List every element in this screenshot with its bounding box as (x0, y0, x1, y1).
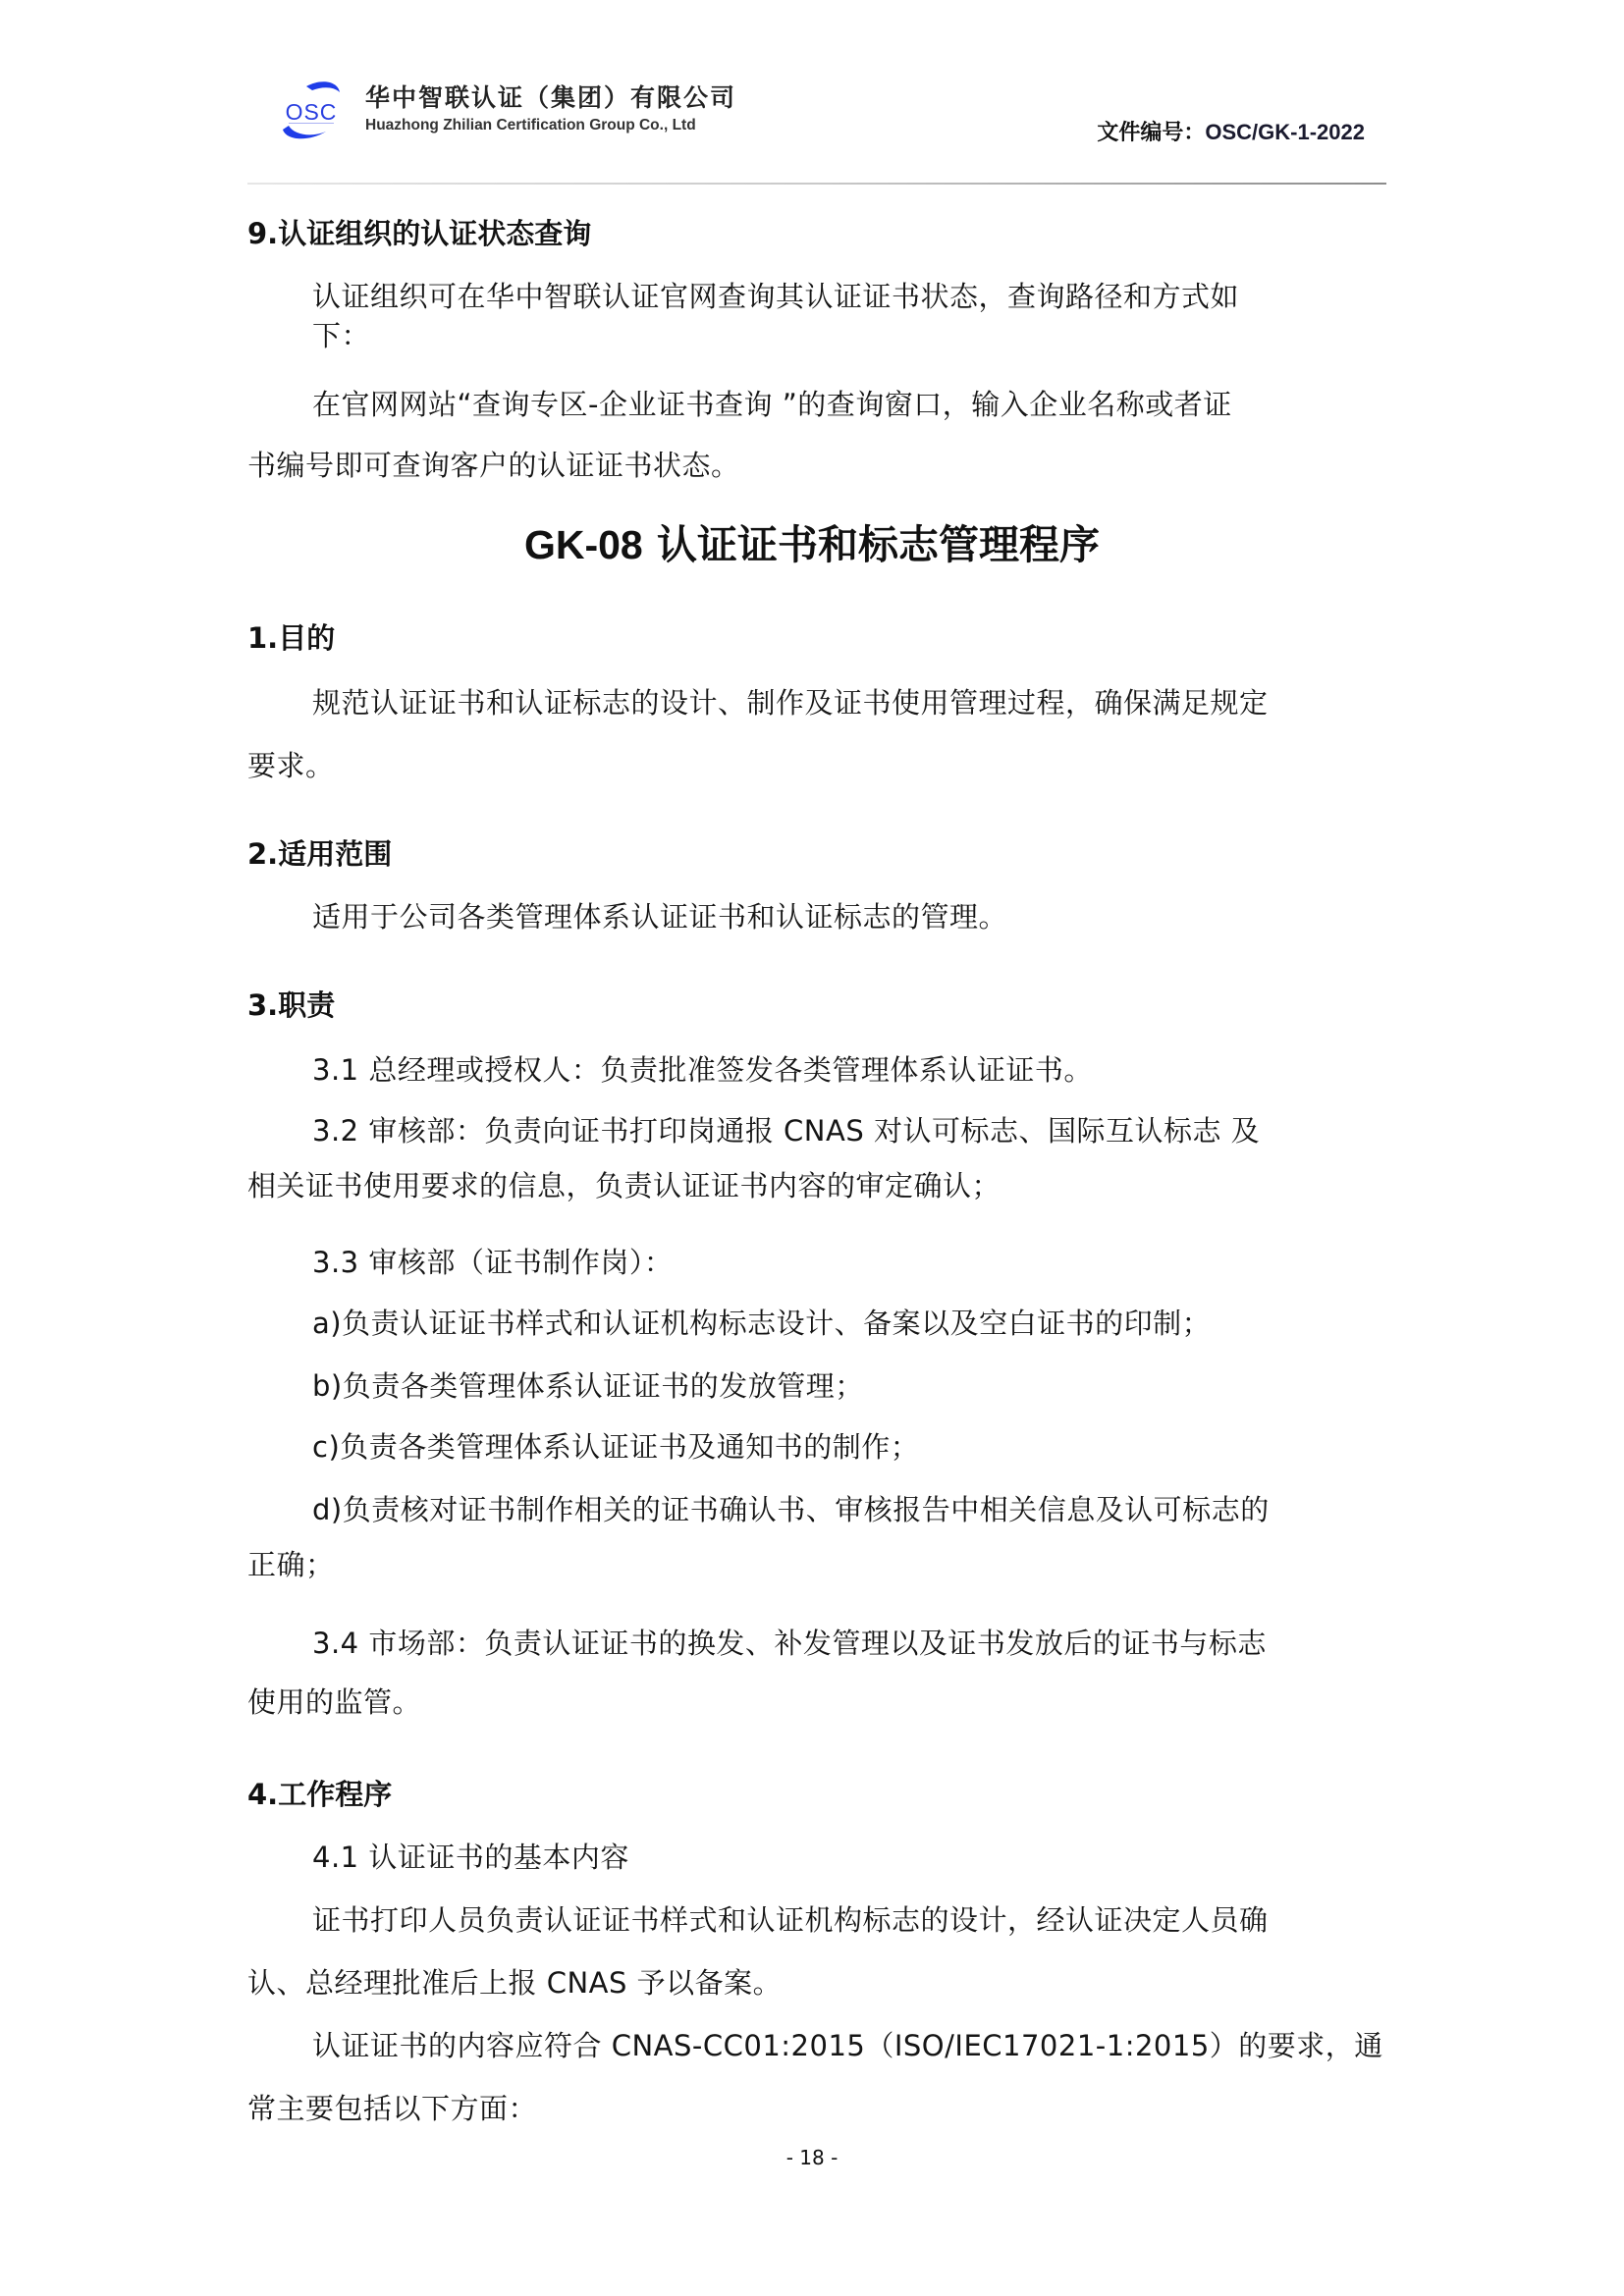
list-item: 正确； (247, 1543, 335, 1583)
osc-logo-icon: OSC (277, 77, 348, 147)
document-number-value: OSC/GK-1-2022 (1205, 120, 1365, 144)
header-divider (247, 183, 1386, 185)
section-heading: 4.工作程序 (247, 1773, 392, 1813)
document-number-label: 文件编号： (1097, 121, 1205, 145)
paragraph-line: 认证证书的内容应符合 CNAS-CC01:2015（ISO/IEC17021-1… (312, 2024, 1383, 2064)
paragraph-line: 在官网网站“查询专区-企业证书查询 ”的查询窗口，输入企业名称或者证 (312, 383, 1232, 423)
list-item: b)负责各类管理体系认证证书的发放管理； (312, 1364, 864, 1405)
list-item: 3.3 审核部（证书制作岗）： (312, 1241, 673, 1281)
section-heading: 3.职责 (247, 984, 335, 1024)
company-name-cn: 华中智联认证（集团）有限公司 (365, 79, 736, 114)
list-item: c)负责各类管理体系认证证书及通知书的制作； (312, 1425, 919, 1466)
list-item: 使用的监管。 (247, 1681, 421, 1721)
paragraph-line: 下： (312, 314, 370, 354)
procedure-title-text: 认证证书和标志管理程序 (657, 521, 1100, 568)
list-item: 3.2 审核部：负责向证书打印岗通报 CNAS 对认可标志、国际互认标志 及 (312, 1109, 1260, 1149)
list-item: d)负责核对证书制作相关的证书确认书、审核报告中相关信息及认可标志的 (312, 1488, 1270, 1528)
list-item: 3.1 总经理或授权人：负责批准签发各类管理体系认证证书。 (312, 1048, 1093, 1089)
paragraph-line: 认、总经理批准后上报 CNAS 予以备案。 (247, 1961, 782, 2002)
paragraph-line: 书编号即可查询客户的认证证书状态。 (247, 444, 740, 484)
paragraph-line: 规范认证证书和认证标志的设计、制作及证书使用管理过程，确保满足规定 (312, 681, 1269, 721)
page-number: - 18 - (0, 2146, 1624, 2169)
document-number: 文件编号：OSC/GK-1-2022 (1097, 116, 1365, 146)
paragraph-line: 常主要包括以下方面： (247, 2087, 537, 2127)
section-heading: 1.目的 (247, 616, 335, 657)
svg-text:OSC: OSC (286, 99, 338, 125)
subsection-heading: 4.1 认证证书的基本内容 (312, 1836, 629, 1876)
procedure-code: GK-08 (524, 522, 643, 567)
section-heading: 9.认证组织的认证状态查询 (247, 212, 591, 252)
company-name-en: Huazhong Zhilian Certification Group Co.… (365, 117, 696, 134)
paragraph-line: 认证组织可在华中智联认证官网查询其认证证书状态，查询路径和方式如 (312, 275, 1239, 315)
list-item: 3.4 市场部：负责认证证书的换发、补发管理以及证书发放后的证书与标志 (312, 1622, 1267, 1662)
section-heading: 2.适用范围 (247, 832, 392, 873)
procedure-title: GK-08 认证证书和标志管理程序 (0, 512, 1624, 570)
list-item: a)负责认证证书样式和认证机构标志设计、备案以及空白证书的印制； (312, 1302, 1211, 1342)
paragraph-line: 证书打印人员负责认证证书样式和认证机构标志的设计，经认证决定人员确 (312, 1898, 1269, 1939)
paragraph-line: 适用于公司各类管理体系认证证书和认证标志的管理。 (312, 895, 1007, 935)
company-logo: OSC (277, 77, 348, 147)
list-item: 相关证书使用要求的信息，负责认证证书内容的审定确认； (247, 1164, 1001, 1204)
paragraph-line: 要求。 (247, 744, 335, 784)
